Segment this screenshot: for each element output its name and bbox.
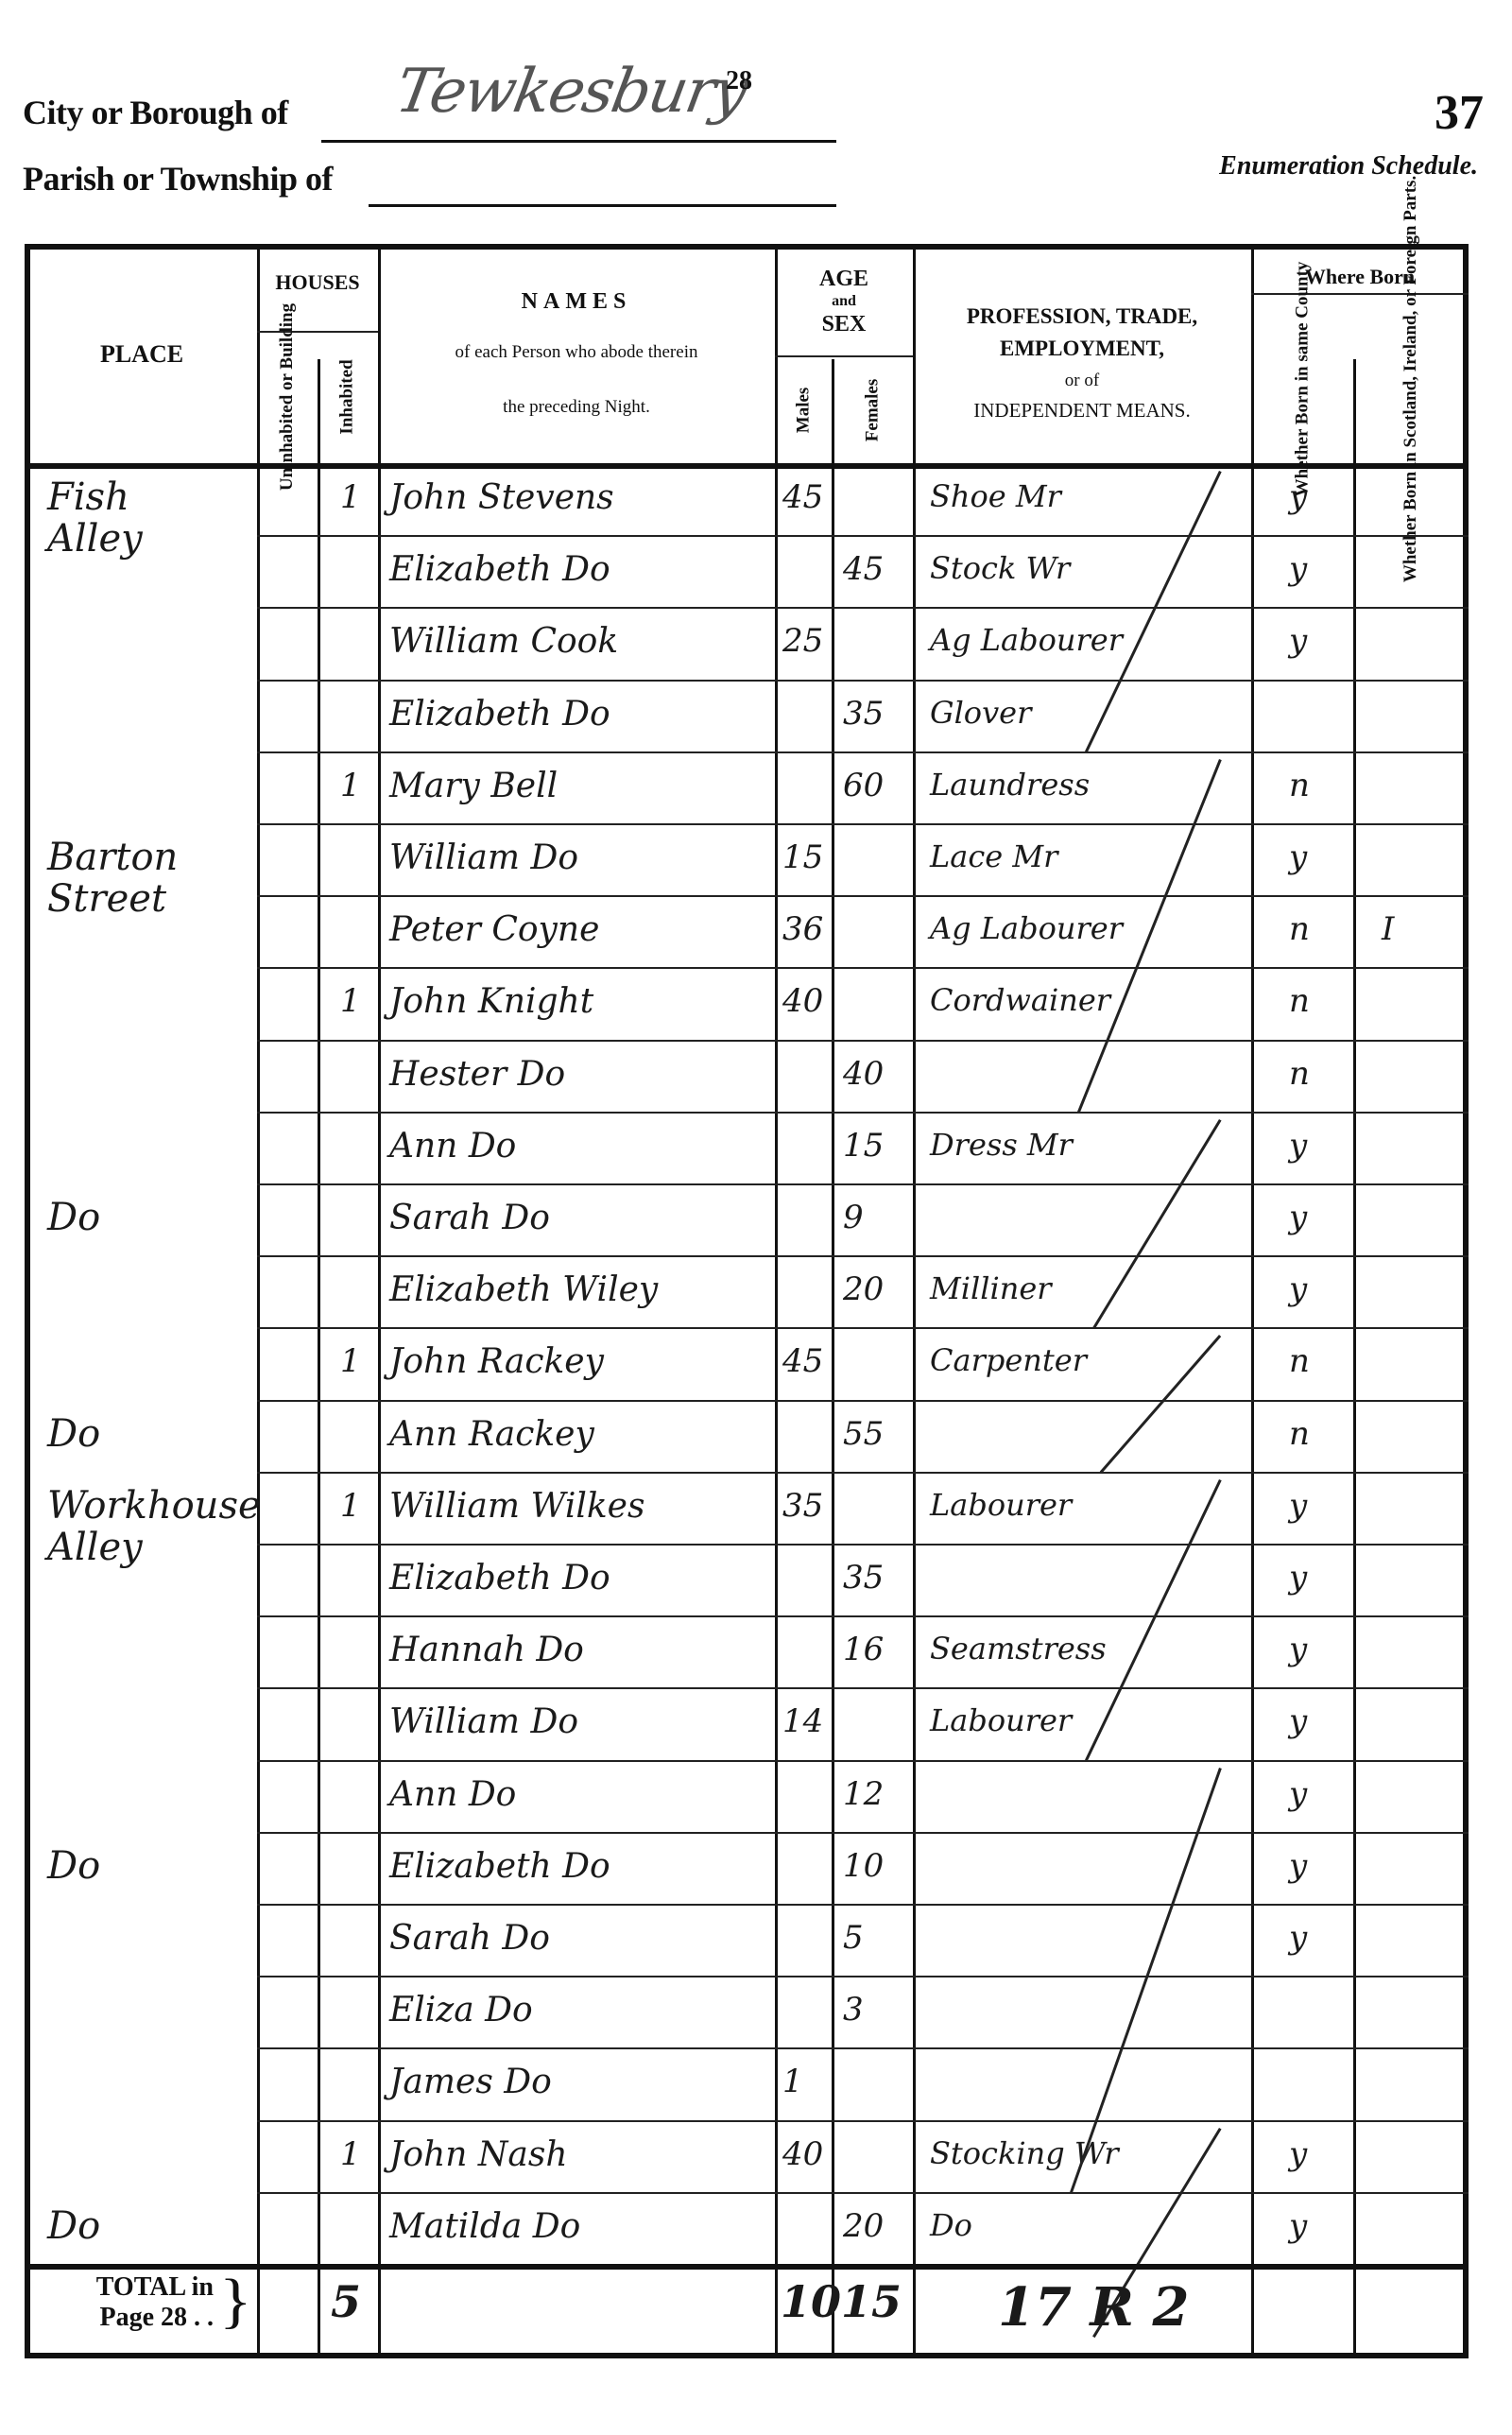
total-occupation-tally: 17 R 2 bbox=[998, 2276, 1189, 2339]
row-rule bbox=[257, 1472, 1469, 1474]
column-rule bbox=[775, 244, 778, 2353]
person-name: Eliza Do bbox=[389, 1991, 533, 2029]
born-same-county: y bbox=[1289, 1487, 1307, 1525]
header-names-sub2: the preceding Night. bbox=[378, 397, 775, 418]
born-same-county: y bbox=[1289, 838, 1307, 876]
born-same-county: n bbox=[1289, 910, 1310, 948]
occupation: Laundress bbox=[930, 767, 1090, 803]
person-name: Elizabeth Do bbox=[389, 1847, 610, 1886]
column-rule bbox=[1353, 359, 1356, 2353]
brace-icon: } bbox=[219, 2271, 252, 2332]
born-same-county: n bbox=[1289, 767, 1310, 804]
occupation: Carpenter bbox=[930, 1342, 1087, 1378]
city-fill-line bbox=[321, 140, 836, 143]
row-rule bbox=[257, 1544, 1469, 1546]
total-females: 15 bbox=[841, 2276, 902, 2327]
inhabited-count: 1 bbox=[340, 1487, 361, 1525]
female-age: 35 bbox=[843, 695, 884, 733]
parish-fill-line bbox=[369, 204, 836, 207]
row-rule bbox=[257, 1040, 1469, 1042]
occupation: Labourer bbox=[930, 1702, 1072, 1738]
row-rule bbox=[257, 1327, 1469, 1329]
male-age: 40 bbox=[782, 982, 823, 1020]
place-name: Do bbox=[47, 1197, 100, 1238]
person-name: Ann Do bbox=[389, 1775, 516, 1814]
column-rule bbox=[832, 359, 834, 2353]
row-rule bbox=[257, 1615, 1469, 1617]
age-subheader-rule bbox=[775, 355, 913, 357]
occupation: Ag Labourer bbox=[930, 622, 1123, 658]
header-born-same-county-text: Whether Born in same County bbox=[1293, 262, 1312, 497]
born-same-county: y bbox=[1289, 1127, 1307, 1165]
occupation: Milliner bbox=[930, 1270, 1052, 1306]
person-name: William Do bbox=[389, 838, 578, 877]
column-rule bbox=[378, 244, 381, 2353]
row-rule bbox=[257, 1183, 1469, 1185]
page-number: 28 bbox=[726, 66, 752, 96]
row-rule bbox=[257, 1760, 1469, 1762]
born-same-county: y bbox=[1289, 1919, 1307, 1957]
header-inhabited-text: Inhabited bbox=[338, 359, 357, 434]
occupation: Labourer bbox=[930, 1487, 1072, 1523]
header-born-same-county: Whether Born in same County bbox=[1251, 297, 1353, 461]
person-name: Elizabeth Do bbox=[389, 695, 610, 734]
row-rule bbox=[257, 1255, 1469, 1257]
female-age: 40 bbox=[843, 1055, 884, 1093]
female-age: 20 bbox=[843, 1270, 884, 1308]
person-name: Sarah Do bbox=[389, 1919, 550, 1958]
row-rule bbox=[257, 607, 1469, 609]
person-name: James Do bbox=[389, 2063, 552, 2101]
total-males: 10 bbox=[781, 2276, 841, 2327]
place-name: Do bbox=[47, 2205, 100, 2247]
female-age: 9 bbox=[843, 1199, 864, 1236]
male-age: 25 bbox=[782, 622, 823, 660]
header-profession-3: or of bbox=[913, 371, 1251, 391]
female-age: 60 bbox=[843, 767, 884, 804]
male-age: 36 bbox=[782, 910, 823, 948]
occupation: Cordwainer bbox=[930, 982, 1110, 1018]
male-age: 1 bbox=[782, 2063, 803, 2100]
male-age: 45 bbox=[782, 478, 823, 516]
column-rule bbox=[913, 244, 916, 2353]
column-rule bbox=[257, 244, 260, 2353]
row-rule bbox=[257, 895, 1469, 897]
row-rule bbox=[257, 1904, 1469, 1906]
born-same-county: y bbox=[1289, 1775, 1307, 1813]
inhabited-count: 1 bbox=[340, 1342, 361, 1380]
header-age-and: and bbox=[775, 293, 913, 310]
row-rule bbox=[257, 2192, 1469, 2194]
header-females-text: Females bbox=[863, 379, 882, 441]
person-name: Elizabeth Do bbox=[389, 1559, 610, 1597]
parish-or-township-label: Parish or Township of bbox=[23, 159, 333, 199]
female-age: 12 bbox=[843, 1775, 884, 1813]
person-name: Elizabeth Do bbox=[389, 550, 610, 589]
header-profession-1: PROFESSION, TRADE, bbox=[913, 304, 1251, 329]
born-elsewhere: I bbox=[1382, 910, 1394, 948]
born-same-county: y bbox=[1289, 1847, 1307, 1885]
total-label-line1: TOTAL in bbox=[34, 2272, 214, 2303]
person-name: Elizabeth Wiley bbox=[389, 1270, 658, 1309]
person-name: Hester Do bbox=[389, 1055, 565, 1094]
row-rule bbox=[257, 967, 1469, 969]
inhabited-count: 1 bbox=[340, 767, 361, 804]
row-rule bbox=[257, 1400, 1469, 1402]
person-name: John Nash bbox=[389, 2135, 568, 2174]
city-or-borough-label: City or Borough of bbox=[23, 93, 288, 132]
city-or-borough-value: Tewkesbury bbox=[390, 57, 751, 127]
header-uninhabited: Uninhabited or Building bbox=[257, 333, 318, 461]
male-age: 45 bbox=[782, 1342, 823, 1380]
person-name: William Wilkes bbox=[389, 1487, 644, 1526]
header-age-title: AGE bbox=[775, 267, 913, 293]
row-rule bbox=[257, 2120, 1469, 2122]
totals-bottom-rule bbox=[25, 2353, 1469, 2358]
occupation: Dress Mr bbox=[930, 1127, 1073, 1163]
occupation: Shoe Mr bbox=[930, 478, 1061, 514]
female-age: 5 bbox=[843, 1919, 864, 1957]
person-name: John Knight bbox=[389, 982, 593, 1021]
person-name: Ann Rackey bbox=[389, 1415, 594, 1454]
row-rule bbox=[257, 1832, 1469, 1834]
column-rule bbox=[1251, 244, 1254, 2353]
female-age: 3 bbox=[843, 1991, 864, 2029]
header-born-elsewhere-text: Whether Born in Scotland, Ireland, or Fo… bbox=[1401, 176, 1420, 582]
person-name: Peter Coyne bbox=[389, 910, 599, 949]
person-name: John Stevens bbox=[389, 478, 614, 517]
female-age: 55 bbox=[843, 1415, 884, 1453]
person-name: William Cook bbox=[389, 622, 618, 661]
born-same-county: n bbox=[1289, 1342, 1310, 1380]
born-same-county: y bbox=[1289, 2207, 1307, 2245]
where-born-subheader-rule bbox=[1251, 293, 1469, 295]
total-inhabited: 5 bbox=[331, 2276, 361, 2327]
header-bottom-rule bbox=[25, 463, 1469, 469]
born-same-county: y bbox=[1289, 1270, 1307, 1308]
person-name: Ann Do bbox=[389, 1127, 516, 1166]
total-label-line2: Page 28 . . bbox=[34, 2303, 214, 2333]
header-born-elsewhere: Whether Born in Scotland, Ireland, or Fo… bbox=[1353, 297, 1469, 461]
header-profession-2: EMPLOYMENT, bbox=[913, 337, 1251, 361]
header-profession-4: INDEPENDENT MEANS. bbox=[913, 399, 1251, 422]
female-age: 20 bbox=[843, 2207, 884, 2245]
header-names-sub1: of each Person who abode therein bbox=[378, 342, 775, 363]
header-uninhabited-text: Uninhabited or Building bbox=[278, 303, 297, 491]
born-same-county: y bbox=[1289, 2135, 1307, 2173]
schedule-title: Enumeration Schedule. bbox=[1219, 151, 1478, 181]
born-same-county: n bbox=[1289, 1415, 1310, 1453]
column-rule bbox=[318, 359, 320, 2353]
row-rule bbox=[257, 1687, 1469, 1689]
inhabited-count: 1 bbox=[340, 982, 361, 1020]
person-name: William Do bbox=[389, 1702, 578, 1741]
female-age: 15 bbox=[843, 1127, 884, 1165]
person-name: Sarah Do bbox=[389, 1199, 550, 1237]
row-rule bbox=[257, 2047, 1469, 2049]
row-rule bbox=[257, 823, 1469, 825]
male-age: 35 bbox=[782, 1487, 823, 1525]
row-rule bbox=[257, 1976, 1469, 1977]
header-names-title: NAMES bbox=[378, 289, 775, 316]
row-rule bbox=[257, 751, 1469, 753]
born-same-county: y bbox=[1289, 1631, 1307, 1668]
person-name: Matilda Do bbox=[389, 2207, 580, 2246]
inhabited-count: 1 bbox=[340, 2135, 361, 2173]
place-name: Do bbox=[47, 1413, 100, 1455]
occupation: Ag Labourer bbox=[930, 910, 1123, 946]
place-name: Do bbox=[47, 1845, 100, 1887]
occupation: Do bbox=[930, 2207, 972, 2243]
male-age: 40 bbox=[782, 2135, 823, 2173]
header-inhabited: Inhabited bbox=[318, 333, 378, 461]
person-name: Hannah Do bbox=[389, 1631, 584, 1669]
born-same-county: y bbox=[1289, 1559, 1307, 1597]
born-same-county: y bbox=[1289, 1199, 1307, 1236]
row-rule bbox=[257, 680, 1469, 682]
place-name: Barton Street bbox=[47, 837, 178, 920]
occupation: Seamstress bbox=[930, 1631, 1107, 1667]
row-rule bbox=[257, 1112, 1469, 1114]
place-name: Fish Alley bbox=[47, 476, 143, 560]
person-name: Mary Bell bbox=[389, 767, 558, 805]
born-same-county: y bbox=[1289, 622, 1307, 660]
female-age: 35 bbox=[843, 1559, 884, 1597]
header-females: Females bbox=[832, 359, 913, 461]
place-name: Workhouse Alley bbox=[47, 1485, 261, 1568]
male-age: 15 bbox=[782, 838, 823, 876]
person-name: John Rackey bbox=[389, 1342, 604, 1381]
header-males-text: Males bbox=[794, 388, 813, 434]
header-houses: HOUSES bbox=[257, 270, 378, 294]
header-place: PLACE bbox=[28, 340, 255, 369]
folio-number: 37 bbox=[1435, 85, 1484, 141]
header-males: Males bbox=[775, 359, 832, 461]
female-age: 45 bbox=[843, 550, 884, 588]
header-age-sex: SEX bbox=[775, 312, 913, 338]
occupation: Lace Mr bbox=[930, 838, 1057, 874]
born-same-county: y bbox=[1289, 1702, 1307, 1740]
inhabited-count: 1 bbox=[340, 478, 361, 516]
born-same-county: n bbox=[1289, 982, 1310, 1020]
occupation: Stock Wr bbox=[930, 550, 1070, 586]
row-rule bbox=[257, 535, 1469, 537]
male-age: 14 bbox=[782, 1702, 823, 1740]
occupation: Glover bbox=[930, 695, 1031, 731]
total-label: TOTAL in Page 28 . . bbox=[34, 2272, 214, 2333]
header-where-born: Where Born bbox=[1251, 265, 1469, 288]
born-same-county: n bbox=[1289, 1055, 1310, 1093]
born-same-county: y bbox=[1289, 478, 1307, 516]
female-age: 16 bbox=[843, 1631, 884, 1668]
female-age: 10 bbox=[843, 1847, 884, 1885]
born-same-county: y bbox=[1289, 550, 1307, 588]
